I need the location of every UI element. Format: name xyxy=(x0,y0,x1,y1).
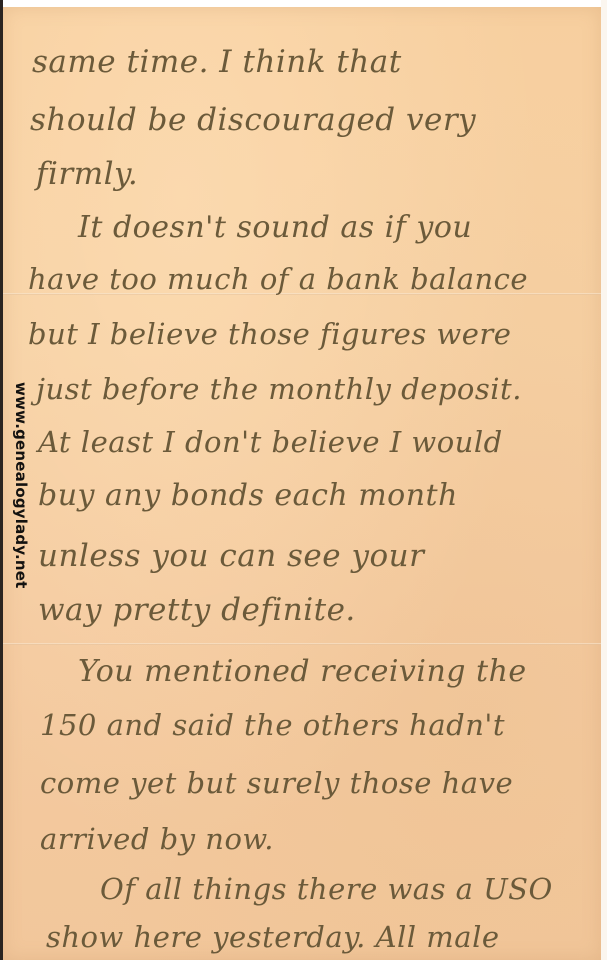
letter-line: should be discouraged very xyxy=(30,102,476,138)
letter-line: same time. I think that xyxy=(32,44,402,80)
letter-body: same time. I think that should be discou… xyxy=(0,0,607,960)
letter-line: show here yesterday. All male xyxy=(46,920,500,954)
letter-line: way pretty definite. xyxy=(38,592,356,628)
letter-line: You mentioned receiving the xyxy=(78,654,527,689)
letter-line: It doesn't sound as if you xyxy=(78,210,472,245)
letter-line: At least I don't believe I would xyxy=(38,425,503,459)
letter-line: firmly. xyxy=(36,156,138,192)
letter-line: just before the monthly deposit. xyxy=(36,372,522,406)
letter-line: but I believe those figures were xyxy=(28,317,511,351)
letter-scan: www.genealogylady.net same time. I think… xyxy=(0,0,607,960)
letter-line: buy any bonds each month xyxy=(38,478,458,513)
letter-line: arrived by now. xyxy=(40,822,274,856)
letter-line: come yet but surely those have xyxy=(40,766,513,800)
letter-line: 150 and said the others hadn't xyxy=(40,708,505,742)
letter-line: Of all things there was a USO xyxy=(100,872,553,906)
letter-line: unless you can see your xyxy=(38,538,424,574)
letter-line: have too much of a bank balance xyxy=(28,262,528,296)
